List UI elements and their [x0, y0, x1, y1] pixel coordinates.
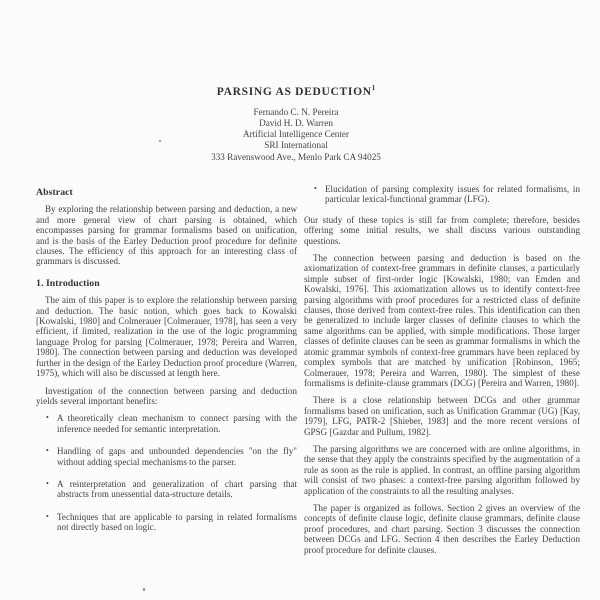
- list-item: •Techniques that are applicable to parsi…: [46, 512, 297, 533]
- list-item-text: Techniques that are applicable to parsin…: [57, 512, 297, 532]
- paper-title: PARSING AS DEDUCTION1: [0, 84, 592, 98]
- author-name-1: Fernando C. N. Pereira: [0, 107, 592, 118]
- scan-speck: [159, 140, 161, 142]
- scan-speck: [143, 588, 145, 591]
- body-paragraph-1: Our study of these topics is still far f…: [304, 215, 580, 246]
- author-name-2: David H. D. Warren: [0, 118, 592, 129]
- list-item: •Handling of gaps and unbounded dependen…: [46, 446, 297, 467]
- introduction-heading: 1. Introduction: [36, 279, 297, 289]
- benefits-list-continued: •Elucidation of parsing complexity issue…: [304, 184, 580, 205]
- benefits-list: •A theoretically clean mechanism to conn…: [36, 413, 297, 532]
- affiliation-line: Artificial Intelligence Center: [0, 129, 592, 140]
- right-column: •Elucidation of parsing complexity issue…: [304, 184, 580, 562]
- body-paragraph-5: The paper is organized as follows. Secti…: [304, 503, 580, 555]
- paper-header: PARSING AS DEDUCTION1 Fernando C. N. Per…: [0, 84, 592, 163]
- left-column: Abstract By exploring the relationship b…: [36, 188, 297, 545]
- address-line: 333 Ravenswood Ave., Menlo Park CA 94025: [0, 152, 592, 163]
- intro-paragraph-2: Investigation of the connection between …: [36, 386, 297, 407]
- list-item: •Elucidation of parsing complexity issue…: [314, 184, 580, 205]
- list-item-text: Handling of gaps and unbounded dependenc…: [57, 446, 297, 466]
- list-item: •A reinterpretation and generalization o…: [46, 479, 297, 500]
- bullet-icon: •: [46, 446, 49, 456]
- body-paragraph-4: The parsing algorithms we are concerned …: [304, 444, 580, 496]
- list-item: •A theoretically clean mechanism to conn…: [46, 413, 297, 434]
- intro-paragraph-1: The aim of this paper is to explore the …: [36, 295, 297, 378]
- list-item-text: Elucidation of parsing complexity issues…: [325, 184, 580, 204]
- list-item-text: A theoretically clean mechanism to conne…: [57, 413, 297, 433]
- body-paragraph-2: The connection between parsing and deduc…: [304, 253, 580, 388]
- bullet-icon: •: [46, 479, 49, 489]
- scanned-paper-page: PARSING AS DEDUCTION1 Fernando C. N. Per…: [0, 0, 600, 600]
- bullet-icon: •: [46, 413, 49, 423]
- body-paragraph-3: There is a close relationship between DC…: [304, 395, 580, 437]
- bullet-icon: •: [314, 184, 317, 194]
- list-item-text: A reinterpretation and generalization of…: [57, 479, 297, 499]
- title-footnote-marker: 1: [372, 84, 376, 92]
- abstract-heading: Abstract: [36, 188, 297, 198]
- abstract-text: By exploring the relationship between pa…: [36, 204, 297, 266]
- institution-line: SRI International: [0, 140, 592, 151]
- bullet-icon: •: [46, 512, 49, 522]
- paper-title-text: PARSING AS DEDUCTION: [217, 86, 372, 98]
